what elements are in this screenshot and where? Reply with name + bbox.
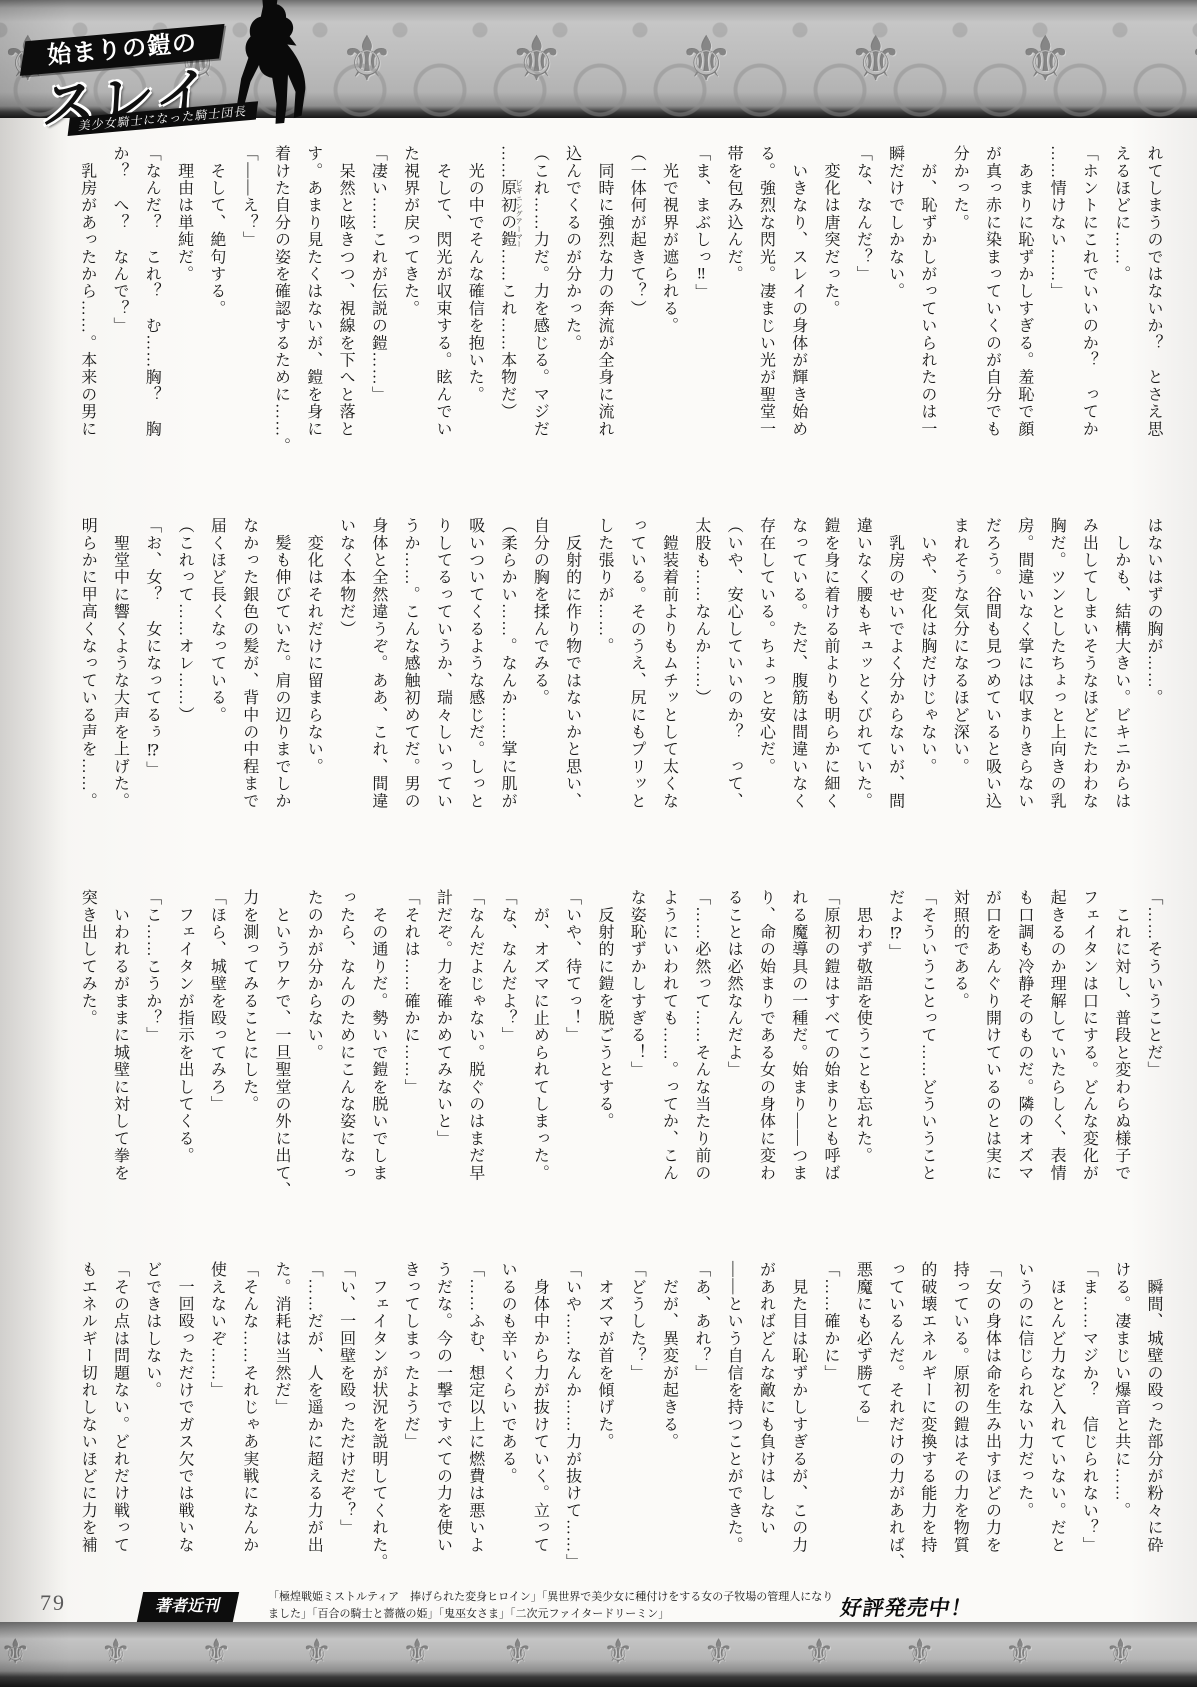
text-column: 着けた自分の姿を確認するために……。 [264, 145, 296, 475]
text-column: 明らかに甲高くなっている声を……。 [71, 517, 103, 847]
text-column: フェイタンが指示を出してくる。 [168, 889, 200, 1219]
book-titles: 「極煌戦姫ミストルティア 捧げられた変身ヒロイン」「異世界で美少女に種付けをする… [268, 1589, 860, 1623]
text-column: が、恥ずかしがっていられたのは一 [911, 145, 943, 475]
text-column: 「……だが、人を遥かに超える力が出 [297, 1261, 329, 1591]
text-column: っているんだ。それだけの力があれば、 [878, 1261, 910, 1591]
text-column: 反射的に作り物ではないかと思い、 [555, 517, 587, 847]
text-column: 胸だ。ツンとしたちょっと上向きの乳 [1040, 517, 1072, 847]
text-column: だが、異変が起きる。 [652, 1261, 684, 1591]
text-column: 力を測ってみることにした。 [232, 889, 264, 1219]
text-column: 「そんな……それじゃあ実戦になんか [232, 1261, 264, 1591]
text-column: これに対し、普段と変わらぬ様子で [1104, 889, 1136, 1219]
text-column: 「……必然って……そんな当たり前の [685, 889, 717, 1219]
text-column: 鎧を身に着ける前よりも明らかに細く [814, 517, 846, 847]
text-column: ……原初の鎧ビギニングアーマー……これ……本物だ） [490, 145, 523, 475]
text-column: 突き出してみた。 [71, 889, 103, 1219]
text-column: 届くほど長くなっている。 [200, 517, 232, 847]
novel-page: ⚜ ⚜ ⚜ ⚜ ⚜ ⚜ ⚜ ⚜ ⚜ ⚜ ⚜ ⚜ ⚜ 始まりの鎧の スレイ 美少女… [0, 0, 1197, 1687]
text-column: 「その点は問題ない。どれだけ戦って [103, 1261, 135, 1591]
text-column: っている。そのうえ、尻にもプリッと [620, 517, 652, 847]
text-column: れる魔導具の一種だ。始まり――つま [781, 889, 813, 1219]
text-column: る。強烈な閃光。凄まじい光が聖堂一 [749, 145, 781, 475]
text-column: 瞬間、城壁の殴った部分が粉々に砕 [1137, 1261, 1169, 1591]
text-column: た。消耗は当然だ」 [265, 1261, 297, 1591]
text-column: 「あ、あれ？」 [685, 1261, 717, 1591]
text-column: まれそうな気分になるほど深い。 [943, 517, 975, 847]
text-column: というワケで、一旦聖堂の外に出て、 [265, 889, 297, 1219]
text-column: 「そういうことって……どういうこと [911, 889, 943, 1219]
text-column: 変化はそれだけに留まらない。 [297, 517, 329, 847]
text-band-3: 「……そういうことだ」 これに対し、普段と変わらぬ様子でフェイタンは口にする。ど… [65, 889, 1169, 1219]
text-column: 「いや、待てっ！」 [555, 889, 587, 1219]
text-column: フェイタンが状況を説明してくれた。 [362, 1261, 394, 1591]
on-sale-badge: 好評発売中！ [838, 1592, 975, 1622]
text-column: した張りが……。 [588, 517, 620, 847]
text-column: 同時に強烈な力の奔流が全身に流れ [588, 145, 620, 475]
series-logo: 始まりの鎧の スレイ 美少女騎士になった騎士団長 [1, 0, 312, 149]
text-column: （柔らかい……。なんか……掌に肌が [491, 517, 523, 847]
text-column: ……情けない……」 [1040, 145, 1072, 475]
text-column: 太股も……なんか……） [685, 517, 717, 847]
text-column: 瞬だけでしかない。 [878, 145, 910, 475]
text-column: あまりに恥ずかしすぎる。羞恥で顔 [1008, 145, 1040, 475]
book-titles-line2: ました」「百合の騎士と薔薇の姫」「鬼巫女さま」「二次元ファイタードリーミン」 [268, 1606, 860, 1623]
text-column: 理由は単純だ。 [167, 145, 199, 475]
text-column: 「……ふむ、想定以上に燃費は悪いよ [458, 1261, 490, 1591]
text-column: 「……そういうことだ」 [1137, 889, 1169, 1219]
text-column: 「いや……なんか……力が抜けて……」 [555, 1261, 587, 1591]
text-column: 的破壊エネルギーに変換する能力を持 [911, 1261, 943, 1591]
text-column: 見た目は恥ずかしすぎるが、この力 [781, 1261, 813, 1591]
text-column: 変化は唐突だった。 [814, 145, 846, 475]
text-column: 光で視界が遮られる。 [652, 145, 684, 475]
text-column: 一回殴っただけでガス欠では戦いな [168, 1261, 200, 1591]
text-column: 「――え？」 [232, 145, 264, 475]
text-column: 髪も伸びていた。肩の辺りまでしか [265, 517, 297, 847]
text-column: 「凄い……これが伝説の鎧……」 [361, 145, 393, 475]
text-column: ようにいわれても……。ってか、こん [652, 889, 684, 1219]
text-column: 分かった。 [943, 145, 975, 475]
text-column: も口調も冷静そのものだ。隣のオズマ [1008, 889, 1040, 1219]
text-column: ったら、なんのためにこんな姿になっ [329, 889, 361, 1219]
text-column: いなく本物だ） [329, 517, 361, 847]
text-column: が真っ赤に染まっていくのが自分でも [975, 145, 1007, 475]
text-column: 「原初の鎧はすべての始まりとも呼ば [814, 889, 846, 1219]
text-column: 起きるのか理解していたらしく、表情 [1040, 889, 1072, 1219]
text-column: きってしまったようだ」 [394, 1261, 426, 1591]
text-column: （一体何が起きて？） [620, 145, 652, 475]
text-column: 「ホントにこれでいいのか？ ってか [1072, 145, 1104, 475]
text-column: 思わず敬語を使うことも忘れた。 [846, 889, 878, 1219]
text-column: 身体と全然違うぞ。ああ、これ、間違 [362, 517, 394, 847]
text-column: な姿恥ずかしすぎる！」 [620, 889, 652, 1219]
text-column: み出してしまいそうなほどにたわわな [1072, 517, 1104, 847]
text-column: が、オズマに止められてしまった。 [523, 889, 555, 1219]
text-column: 「……確かに」 [814, 1261, 846, 1591]
text-column: いるのも辛いくらいである。 [491, 1261, 523, 1591]
text-column: どできはしない。 [136, 1261, 168, 1591]
text-column: なっている。ただ、腹筋は間違いなく [781, 517, 813, 847]
knight-girl-silhouette-icon [218, 0, 313, 128]
fleur-de-lis-row: ⚜ ⚜ ⚜ ⚜ ⚜ ⚜ ⚜ ⚜ ⚜ ⚜ ⚜ ⚜ ⚜ ⚜ ⚜ ⚜ ⚜ ⚜ ⚜ ⚜ … [0, 1622, 1197, 1682]
text-column: 吸いついてくるような感じだ。しっと [458, 517, 490, 847]
text-column: はないはずの胸が……。 [1137, 517, 1169, 847]
text-column: 房。間違いなく掌には収まりきらない [1008, 517, 1040, 847]
text-column: 身体中から力が抜けていく。立って [523, 1261, 555, 1591]
text-column: 「どうした？」 [620, 1261, 652, 1591]
text-band-4: 瞬間、城壁の殴った部分が粉々に砕ける。凄まじい爆音と共に……。「ま……マジか？ … [65, 1261, 1169, 1591]
text-column: いきなり、スレイの身体が輝き始め [781, 145, 813, 475]
text-column: 自分の胸を揉んでみる。 [523, 517, 555, 847]
page-number: 79 [40, 1590, 66, 1616]
text-column: ける。凄まじい爆音と共に……。 [1104, 1261, 1136, 1591]
text-column: たのかが分からない。 [297, 889, 329, 1219]
text-column: 込んでくるのが分かった。 [555, 145, 587, 475]
text-column: が口をあんぐり開けているのとは実に [975, 889, 1007, 1219]
text-column: もエネルギー切れしないほどに力を補 [71, 1261, 103, 1591]
text-band-1: れてしまうのではないか？ とさえ思えるほどに……。「ホントにこれでいいのか？ っ… [65, 145, 1169, 475]
text-column: 使えないぞ……」 [200, 1261, 232, 1591]
ornament-border-bottom: ⚜ ⚜ ⚜ ⚜ ⚜ ⚜ ⚜ ⚜ ⚜ ⚜ ⚜ ⚜ ⚜ ⚜ ⚜ ⚜ ⚜ ⚜ ⚜ ⚜ … [0, 1622, 1197, 1687]
text-column: 乳房のせいでよく分からないが、間 [878, 517, 910, 847]
text-column: 「ほら、城壁を殴ってみろ」 [200, 889, 232, 1219]
text-column: があればどんな敵にも負けはしない [749, 1261, 781, 1591]
text-column: 「それは……確かに……」 [394, 889, 426, 1219]
text-column: ほとんど力など入れていない。だと [1040, 1261, 1072, 1591]
text-column: 「こ……こうか？」 [136, 889, 168, 1219]
text-column: 計だぞ。力を確かめてみないと」 [426, 889, 458, 1219]
text-column: 持っている。原初の鎧はその力を物質 [943, 1261, 975, 1591]
text-column: （これって……オレ……） [168, 517, 200, 847]
text-column: か？ へ？ なんで？」 [103, 145, 135, 475]
text-column: 「ま……マジか？ 信じられない？」 [1072, 1261, 1104, 1591]
author-books-label: 著者近刊 [137, 1592, 239, 1622]
text-column: す。あまり見たくはないが、鎧を身に [296, 145, 328, 475]
text-column: 帯を包み込んだ。 [717, 145, 749, 475]
text-column: 鎧装着前よりもムチッとして太くな [652, 517, 684, 847]
text-column: れてしまうのではないか？ とさえ思 [1137, 145, 1169, 475]
text-column: ることは必然なんだよ」 [717, 889, 749, 1219]
text-column: 乳房があったから……。本来の男に [70, 145, 102, 475]
text-column: 「女の身体は命を生み出すほどの力を [975, 1261, 1007, 1591]
text-column: 「ま、まぶしっ‼」 [685, 145, 717, 475]
text-column: り、命の始まりである女の身体に変わ [749, 889, 781, 1219]
text-column: いや、変化は胸だけじゃない。 [911, 517, 943, 847]
text-column: オズマが首を傾げた。 [588, 1261, 620, 1591]
text-column: その通りだ。勢いで鎧を脱いでしま [362, 889, 394, 1219]
text-column: えるほどに……。 [1104, 145, 1136, 475]
text-column: いうのに信じられない力だった。 [1008, 1261, 1040, 1591]
text-column: 反射的に鎧を脱ごうとする。 [588, 889, 620, 1219]
text-column: 「なんだよじゃない。脱ぐのはまだ早 [458, 889, 490, 1219]
text-column: 「お、女？ 女になってるぅ⁉」 [136, 517, 168, 847]
text-column: だよ⁉」 [878, 889, 910, 1219]
book-titles-line1: 「極煌戦姫ミストルティア 捧げられた変身ヒロイン」「異世界で美少女に種付けをする… [268, 1589, 860, 1606]
text-column: 「な、なんだ？」 [846, 145, 878, 475]
text-column: （これ……力だ。力を感じる。マジだ [523, 145, 555, 475]
text-column: ――という自信を持つことができた。 [717, 1261, 749, 1591]
text-column: りしてるっていうか、瑞々しいってい [426, 517, 458, 847]
text-column: 光の中でそんな確信を抱いた。 [458, 145, 490, 475]
text-column: だろう。谷間も見つめていると吸い込 [975, 517, 1007, 847]
text-column: （いや、安心していいのか？ って、 [717, 517, 749, 847]
text-column: そして、閃光が収束する。眩んでい [426, 145, 458, 475]
text-column: 「な、なんだよ？」 [491, 889, 523, 1219]
text-column: フェイタンは口にする。どんな変化が [1072, 889, 1104, 1219]
text-column: 「い、一回壁を殴っただけだぞ？」 [329, 1261, 361, 1591]
text-column: 呆然と呟きつつ、視線を下へと落と [329, 145, 361, 475]
text-column: 違いなく腰もキュッとくびれていた。 [846, 517, 878, 847]
text-column: 存在している。ちょっと安心だ。 [749, 517, 781, 847]
text-column: 聖堂中に響くような大声を上げた。 [103, 517, 135, 847]
text-column: うだな。今の一撃ですべての力を使い [426, 1261, 458, 1591]
text-column: そして、絶句する。 [200, 145, 232, 475]
text-column: いわれるがままに城壁に対して拳を [103, 889, 135, 1219]
text-column: た視界が戻ってきた。 [393, 145, 425, 475]
text-column: なかった銀色の髪が、背中の中程まで [232, 517, 264, 847]
text-band-2: はないはずの胸が……。 しかも、結構大きい。ビキニからはみ出してしまいそうなほど… [65, 517, 1169, 847]
text-column: しかも、結構大きい。ビキニからは [1104, 517, 1136, 847]
text-column: 悪魔にも必ず勝てる」 [846, 1261, 878, 1591]
text-column: 対照的である。 [943, 889, 975, 1219]
text-column: 「なんだ？ これ？ む……胸？ 胸 [135, 145, 167, 475]
text-column: うか……。こんな感触初めてだ。男の [394, 517, 426, 847]
